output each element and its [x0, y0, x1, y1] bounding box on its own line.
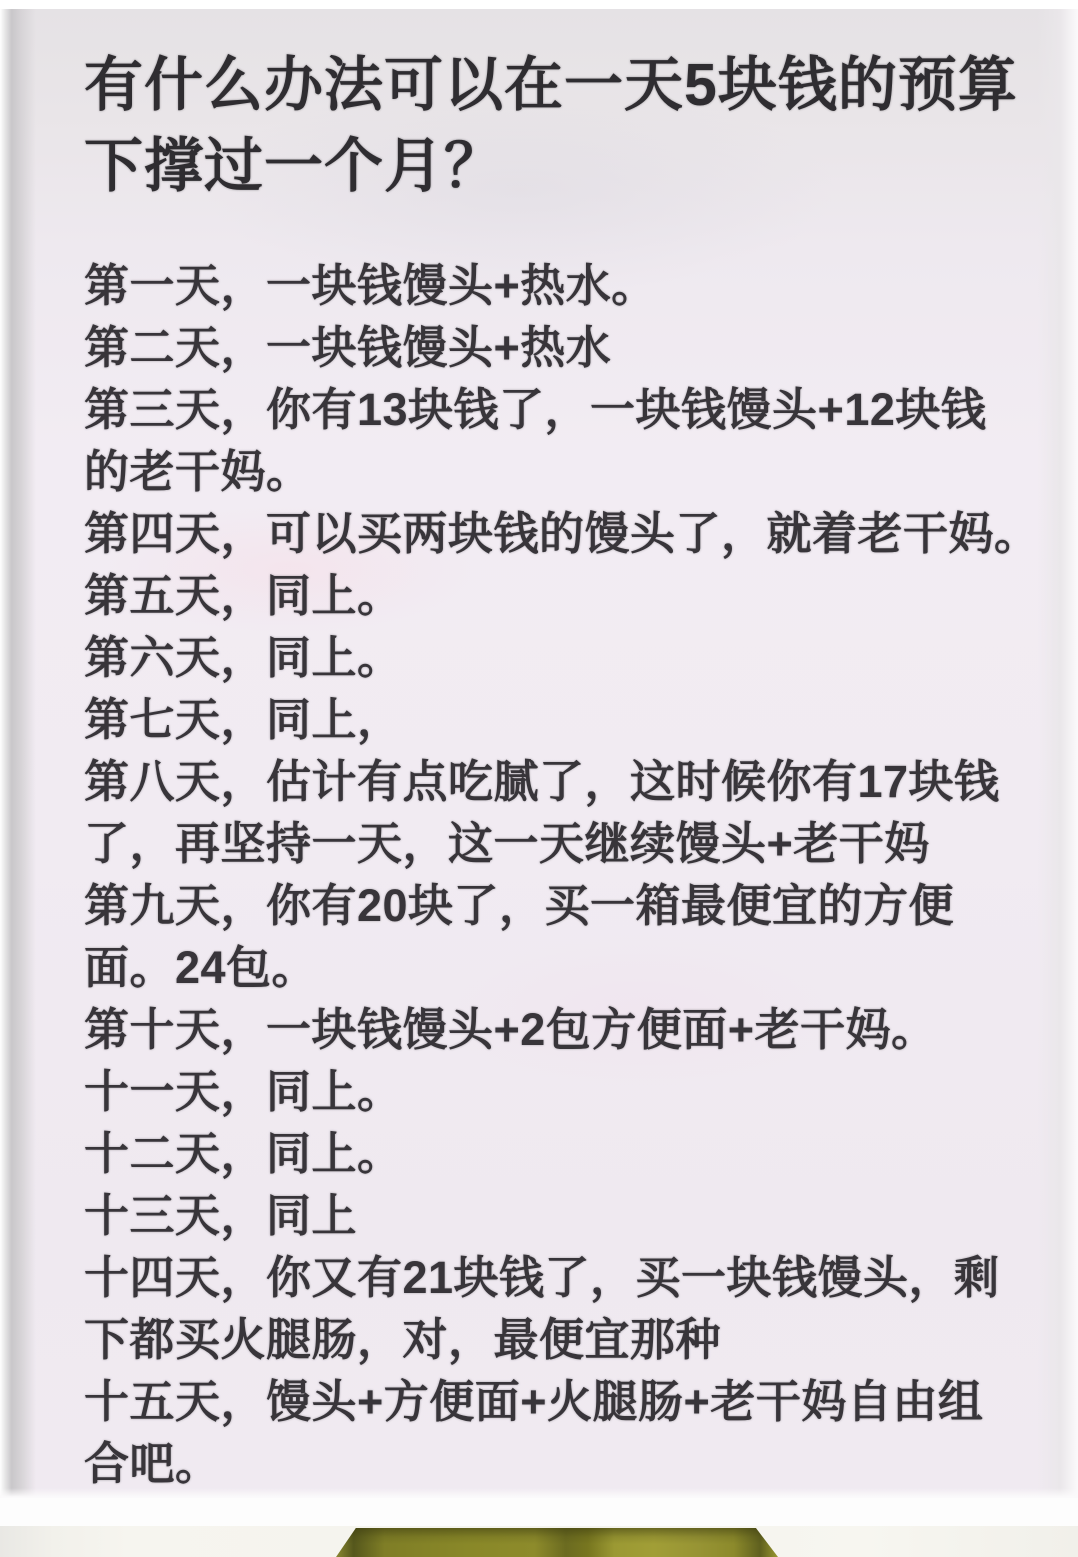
text-line: 第八天，估计有点吃腻了，这时候你有17块钱 [84, 751, 1044, 813]
text-line: 第五天，同上。 [84, 565, 1044, 627]
text-line: 第三天，你有13块钱了，一块钱馒头+12块钱 [84, 379, 1044, 441]
text-line: 第一天，一块钱馒头+热水。 [84, 255, 1044, 317]
text-line: 十二天，同上。 [84, 1123, 1044, 1185]
text-photo: 有什么办法可以在一天5块钱的预算 下撑过一个月？ 第一天，一块钱馒头+热水。 第… [0, 9, 1078, 1498]
partial-photo-strip [0, 1526, 1078, 1557]
answer-body: 第一天，一块钱馒头+热水。 第二天，一块钱馒头+热水 第三天，你有13块钱了，一… [84, 255, 1044, 1495]
text-line: 第九天，你有20块了，买一箱最便宜的方便 [84, 875, 1044, 937]
text-line: 第十天，一块钱馒头+2包方便面+老干妈。 [84, 999, 1044, 1061]
title-line: 下撑过一个月？ [84, 126, 1024, 207]
text-line: 了，再坚持一天，这一天继续馒头+老干妈 [84, 813, 1044, 875]
top-white-strip [0, 0, 1078, 9]
text-line: 第四天，可以买两块钱的馒头了，就着老干妈。 [84, 503, 1044, 565]
text-line: 十五天，馒头+方便面+火腿肠+老干妈自由组 [84, 1371, 1044, 1433]
text-line: 下都买火腿肠，对，最便宜那种 [84, 1309, 1044, 1371]
text-line: 合吧。 [84, 1433, 1044, 1495]
text-line: 十一天，同上。 [84, 1061, 1044, 1123]
text-line: 第二天，一块钱馒头+热水 [84, 317, 1044, 379]
screenshot-root: 有什么办法可以在一天5块钱的预算 下撑过一个月？ 第一天，一块钱馒头+热水。 第… [0, 0, 1078, 1557]
photo-bottom-fade [0, 1488, 1078, 1498]
title-line: 有什么办法可以在一天5块钱的预算 [84, 45, 1024, 126]
text-line: 第七天，同上， [84, 689, 1044, 751]
olive-object-photo [336, 1528, 778, 1557]
photo-left-edge [0, 9, 36, 1498]
text-line: 十三天，同上 [84, 1185, 1044, 1247]
text-line: 面。24包。 [84, 937, 1044, 999]
text-line: 十四天，你又有21块钱了，买一块钱馒头，剩 [84, 1247, 1044, 1309]
text-line: 第六天，同上。 [84, 627, 1044, 689]
text-line: 的老干妈。 [84, 441, 1044, 503]
question-title: 有什么办法可以在一天5块钱的预算 下撑过一个月？ [84, 45, 1024, 207]
page-gap [0, 1498, 1078, 1526]
